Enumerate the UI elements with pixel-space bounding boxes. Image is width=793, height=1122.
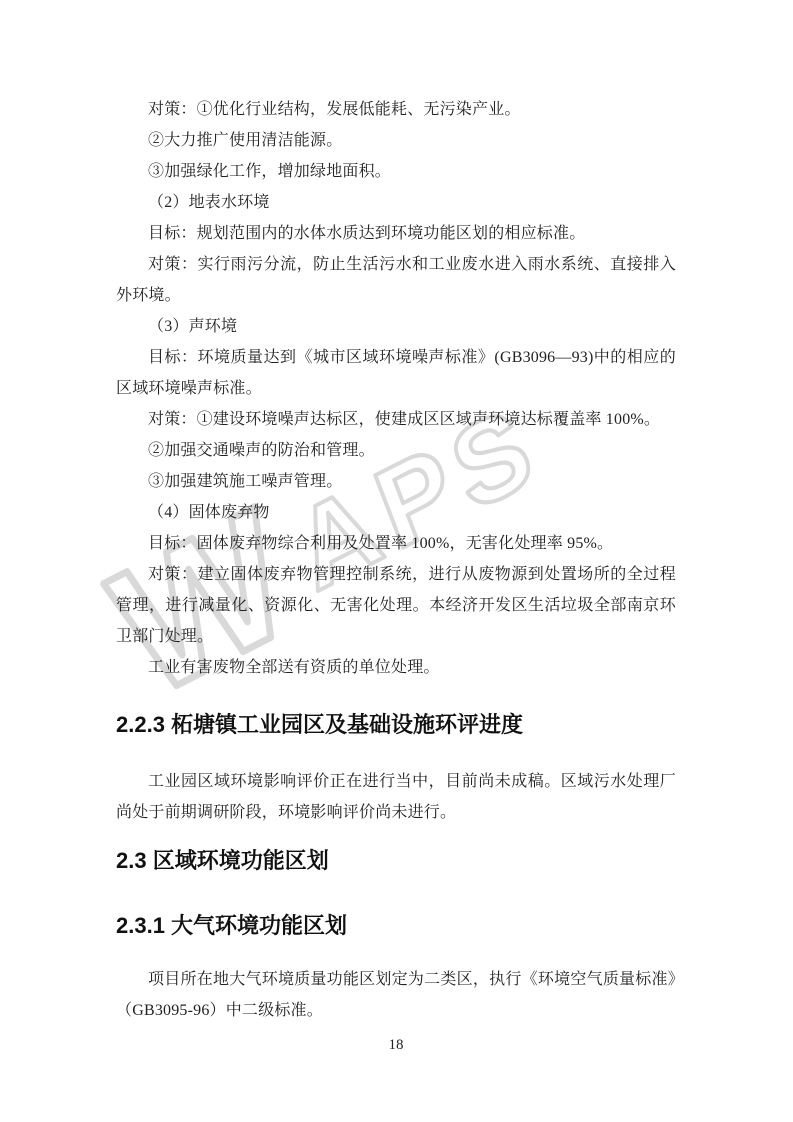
section-heading-2-3-1: 2.3.1 大气环境功能区划 (116, 910, 676, 941)
document-page: W APS 对策：①优化行业结构，发展低能耗、无污染产业。 ②大力推广使用清洁能… (0, 0, 793, 1122)
body-paragraph: 对策：①建设环境噪声达标区，使建成区区域声环境达标覆盖率 100%。 (116, 404, 676, 435)
body-paragraph: 对策：建立固体废弃物管理控制系统，进行从废物源到处置场所的全过程管理，进行减量化… (116, 559, 676, 652)
body-paragraph: （3）声环境 (116, 311, 676, 342)
body-paragraph: ②大力推广使用清洁能源。 (116, 125, 676, 156)
page-body: 对策：①优化行业结构，发展低能耗、无污染产业。 ②大力推广使用清洁能源。 ③加强… (0, 0, 793, 1055)
body-paragraph: 项目所在地大气环境质量功能区划定为二类区，执行《环境空气质量标准》（GB3095… (116, 964, 676, 1026)
body-paragraph: ③加强建筑施工噪声管理。 (116, 466, 676, 497)
body-paragraph: 目标：环境质量达到《城市区域环境噪声标准》(GB3096—93)中的相应的区域环… (116, 342, 676, 404)
section-heading-2-2-3: 2.2.3 柘塘镇工业园区及基础设施环评进度 (116, 709, 676, 740)
body-paragraph: （2）地表水环境 (116, 187, 676, 218)
body-paragraph: ③加强绿化工作，增加绿地面积。 (116, 156, 676, 187)
body-paragraph: 对策：实行雨污分流，防止生活污水和工业废水进入雨水系统、直接排入外环境。 (116, 249, 676, 311)
body-paragraph: 工业园区域环境影响评价正在进行当中，目前尚未成稿。区域污水处理厂尚处于前期调研阶… (116, 766, 676, 828)
section-heading-2-3: 2.3 区域环境功能区划 (116, 845, 676, 876)
body-paragraph: 工业有害废物全部送有资质的单位处理。 (116, 652, 676, 683)
body-paragraph: 目标：固体废弃物综合利用及处置率 100%，无害化处理率 95%。 (116, 528, 676, 559)
body-paragraph: 对策：①优化行业结构，发展低能耗、无污染产业。 (116, 94, 676, 125)
body-paragraph: 目标：规划范围内的水体水质达到环境功能区划的相应标准。 (116, 218, 676, 249)
page-number: 18 (116, 1035, 676, 1055)
body-paragraph: ②加强交通噪声的防治和管理。 (116, 435, 676, 466)
body-paragraph: （4）固体废弃物 (116, 497, 676, 528)
